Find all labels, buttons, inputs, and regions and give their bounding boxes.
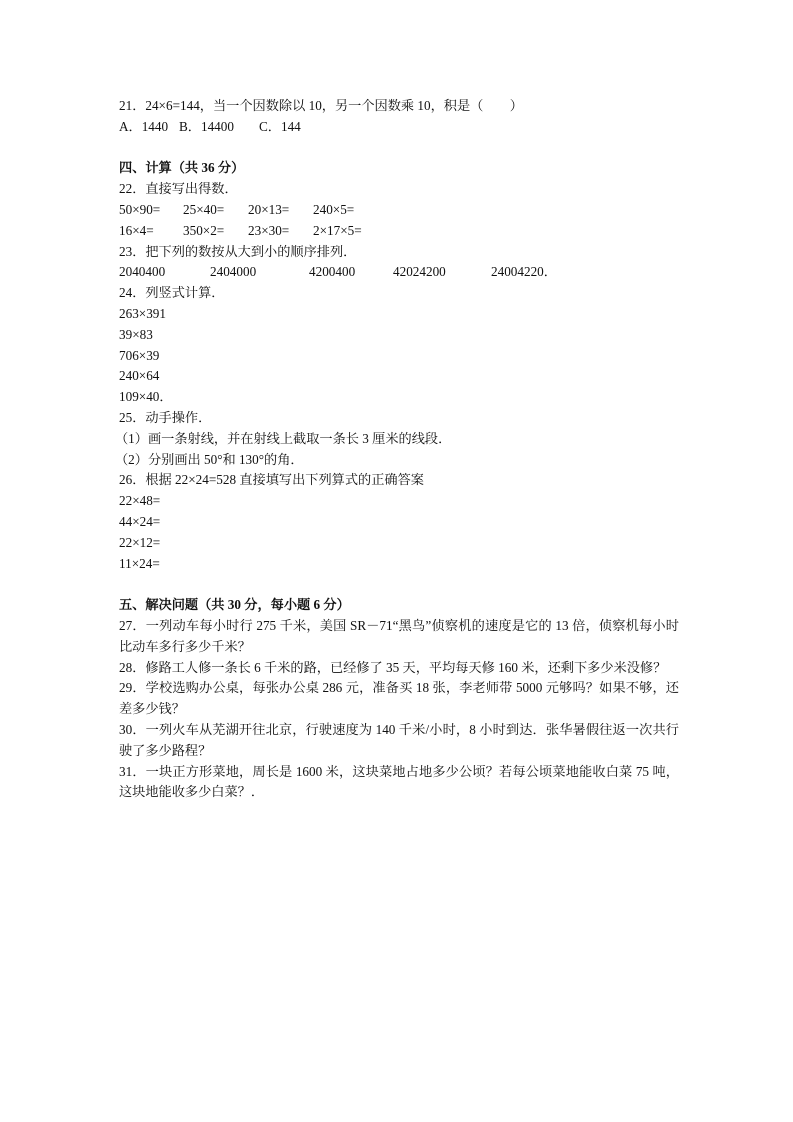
q22-expr: 20×13= <box>248 200 289 221</box>
q24-item: 706×39 <box>119 346 679 367</box>
section4-heading: 四、计算（共 36 分） <box>119 158 679 179</box>
q26-item: 11×24= <box>119 554 679 575</box>
q24-item: 39×83 <box>119 325 679 346</box>
q22-expr: 25×40= <box>183 200 224 221</box>
problem-27: 27．一列动车每小时行 275 千米，美国 SR－71“黑鸟”侦察机的速度是它的… <box>119 616 679 658</box>
exam-page: 21．24×6=144，当一个因数除以 10，另一个因数乘 10，积是（ ） A… <box>119 96 679 803</box>
problem-30: 30．一列火车从芜湖开往北京，行驶速度为 140 千米/小时，8 小时到达．张华… <box>119 720 679 762</box>
q26-stem: 26．根据 22×24=528 直接填写出下列算式的正确答案 <box>119 470 679 491</box>
q26-item: 44×24= <box>119 512 679 533</box>
q21-option-a: A．1440 <box>119 117 168 138</box>
q24-item: 263×391 <box>119 304 679 325</box>
q23-number: 2404000 <box>210 262 256 283</box>
q24-item: 109×40． <box>119 387 679 408</box>
q22-expr: 23×30= <box>248 221 289 242</box>
q23-number: 4200400 <box>309 262 355 283</box>
problem-29: 29．学校选购办公桌，每张办公桌 286 元，准备买 18 张，李老师带 500… <box>119 678 679 720</box>
q22-row1: 50×90= 25×40= 20×13= 240×5= <box>119 200 679 221</box>
q25-stem: 25．动手操作． <box>119 408 679 429</box>
q25-part-2: （2）分别画出 50°和 130°的角． <box>115 450 679 471</box>
q24-item: 240×64 <box>119 366 679 387</box>
q23-stem: 23．把下列的数按从大到小的顺序排列． <box>119 242 679 263</box>
q23-number: 42024200 <box>393 262 446 283</box>
q26-item: 22×48= <box>119 491 679 512</box>
q24-stem: 24．列竖式计算． <box>119 283 679 304</box>
q22-expr: 240×5= <box>313 200 354 221</box>
q23-number: 24004220． <box>491 262 557 283</box>
q22-expr: 16×4= <box>119 221 154 242</box>
problem-28: 28．修路工人修一条长 6 千米的路，已经修了 35 天，平均每天修 160 米… <box>119 658 679 679</box>
q23-number: 2040400 <box>119 262 165 283</box>
q22-expr: 2×17×5= <box>313 221 362 242</box>
q26-item: 22×12= <box>119 533 679 554</box>
q25-part-1: （1）画一条射线，并在射线上截取一条长 3 厘米的线段． <box>115 429 679 450</box>
q21-option-b: B．14400 <box>179 117 234 138</box>
q21-options: A．1440 B．14400 C．144 <box>119 117 679 138</box>
q23-numbers: 2040400 2404000 4200400 42024200 2400422… <box>119 262 679 283</box>
q22-expr: 350×2= <box>183 221 224 242</box>
q22-row2: 16×4= 350×2= 23×30= 2×17×5= <box>119 221 679 242</box>
q22-stem: 22．直接写出得数． <box>119 179 679 200</box>
q21-option-c: C．144 <box>259 117 301 138</box>
problem-31: 31．一块正方形菜地，周长是 1600 米，这块菜地占地多少公顷？若每公顷菜地能… <box>119 762 679 804</box>
q21-stem: 21．24×6=144，当一个因数除以 10，另一个因数乘 10，积是（ ） <box>119 96 679 117</box>
q22-expr: 50×90= <box>119 200 160 221</box>
section5-heading: 五、解决问题（共 30 分，每小题 6 分） <box>119 595 679 616</box>
